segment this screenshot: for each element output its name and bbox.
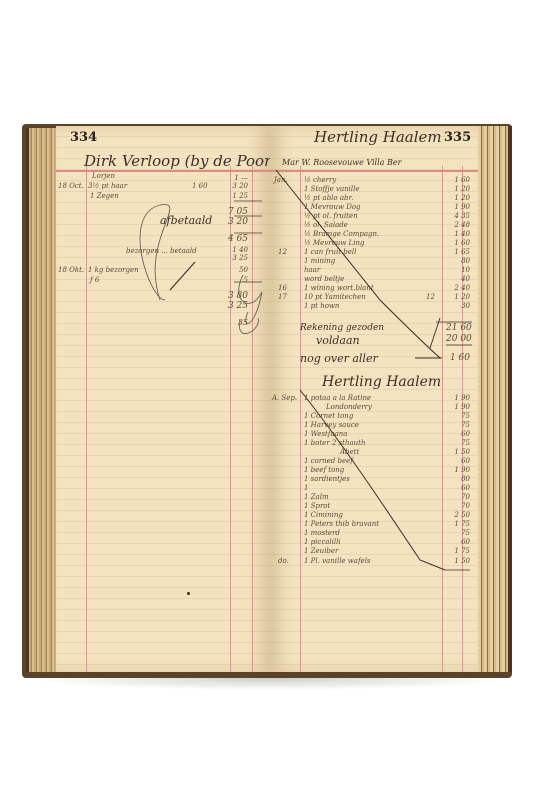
pen-strokes: [0, 0, 533, 800]
